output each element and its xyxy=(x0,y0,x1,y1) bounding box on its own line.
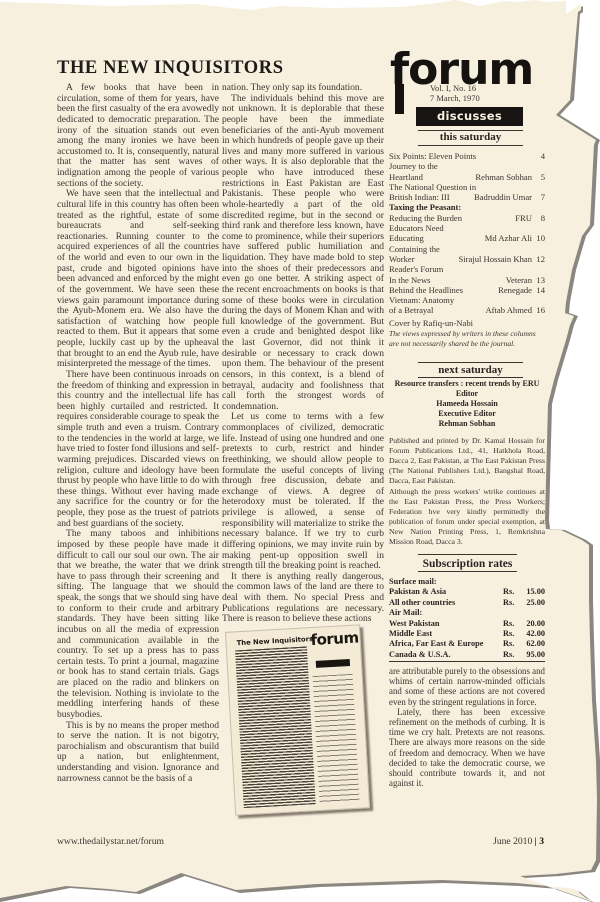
toc-item: British Indian: IIIBadruddin Umar7 xyxy=(389,192,545,202)
rate-currency: Rs. xyxy=(503,587,514,597)
toc-item-page: 7 xyxy=(536,192,545,202)
toc-item-author: Renegade xyxy=(498,285,532,295)
toc-item: WorkerSirajul Hossain Khan12 xyxy=(389,254,545,264)
toc-item: Taxing the Peasant: xyxy=(389,202,545,212)
toc-item-author: Badruddin Umar xyxy=(474,192,532,202)
thumbnail-logo: forum xyxy=(310,628,359,649)
thumbnail-sidebar-lines xyxy=(313,674,360,804)
disclaimer: The views expressed by writers in these … xyxy=(389,329,545,348)
rate-amount: 25.00 xyxy=(526,598,545,608)
paragraph: Lately, there has been excessive refinem… xyxy=(389,707,545,789)
toc-item-title: Containing the xyxy=(389,244,440,254)
divider xyxy=(418,145,523,146)
toc-item-meta: Sirajul Hossain Khan12 xyxy=(458,254,545,264)
toc-item-page xyxy=(536,223,545,233)
rate-price: Rs.20.00 xyxy=(503,619,545,629)
footer-separator: | xyxy=(535,836,537,847)
subscription-section-heading: Surface mail: xyxy=(389,577,545,587)
thumbnail-title: The New Inquisitors xyxy=(236,635,313,647)
next-topic: Resource transfers : recent trends by ER… xyxy=(389,379,545,389)
toc-item-meta xyxy=(532,295,545,305)
toc-item-meta: Badruddin Umar7 xyxy=(474,192,545,202)
rate-region: Pakistan & Asia xyxy=(389,587,446,597)
toc-item-meta xyxy=(532,318,545,328)
toc-item-author: Rehman Sobhan xyxy=(475,172,532,182)
toc-item: Educators Need xyxy=(389,223,545,233)
paragraph: There have been continuous inroads on th… xyxy=(57,370,219,529)
toc-item-page xyxy=(536,202,545,212)
toc-item: EducatingMd Azhar Ali10 xyxy=(389,233,545,243)
toc-item-title: The National Question in xyxy=(389,182,476,192)
paragraph: Let us come to terms with a few commonpl… xyxy=(222,412,384,571)
toc-item-meta xyxy=(532,223,545,233)
table-of-contents: Six Points: Eleven Points4Journey to the… xyxy=(389,151,545,328)
original-page-thumbnail: The New Inquisitors forum xyxy=(225,624,370,815)
toc-item: Cover by Rafiq-un-Nabi xyxy=(389,318,545,328)
rate-amount: 15.00 xyxy=(526,587,545,597)
discusses-banner: discusses xyxy=(416,107,523,126)
toc-item-page: 12 xyxy=(536,254,545,264)
toc-item: Vietnam: Anatomy xyxy=(389,295,545,305)
footer-issue-date: June 2010 xyxy=(493,836,532,847)
toc-item-author: FRU xyxy=(515,213,532,223)
toc-item: In the NewsVeteran13 xyxy=(389,275,545,285)
exec-editor-name: Rehman Sobhan xyxy=(389,419,545,429)
toc-item: Reader's Forum xyxy=(389,264,545,274)
toc-item-meta xyxy=(532,161,545,171)
rate-currency: Rs. xyxy=(503,598,514,608)
toc-item-title: Reducing the Burden xyxy=(389,213,462,223)
divider xyxy=(418,571,517,572)
toc-item-meta xyxy=(532,202,545,212)
paragraph: We have seen that the intellectual and c… xyxy=(57,189,219,370)
next-saturday-heading: next saturday xyxy=(418,363,523,377)
thumbnail-discusses-box xyxy=(316,659,350,668)
paragraph: A few books that have been in circulatio… xyxy=(57,83,219,189)
subscription-rate-row: Canada & U.S.A.Rs.95.00 xyxy=(389,650,545,660)
toc-item-meta xyxy=(532,182,545,192)
toc-item-page: 10 xyxy=(536,233,545,243)
rate-amount: 95.00 xyxy=(526,650,545,660)
paragraph: are attributable purely to the obsession… xyxy=(389,666,545,707)
toc-item-title: Heartland xyxy=(389,172,423,182)
subscription-section-heading: Air Mail: xyxy=(389,608,545,618)
volume-info: Vol. I, No. 16 7 March, 1970 xyxy=(430,84,480,103)
newspaper-page: THE NEW INQUISITORS A few books that hav… xyxy=(0,0,600,902)
toc-item-page xyxy=(536,182,545,192)
toc-item-page xyxy=(536,318,545,328)
subscription-rates: Surface mail:Pakistan & AsiaRs.15.00All … xyxy=(389,577,545,660)
toc-item-meta: Aftab Ahmed16 xyxy=(485,305,545,315)
rate-price: Rs.25.00 xyxy=(503,598,545,608)
toc-item-title: Reader's Forum xyxy=(389,264,443,274)
toc-item-title: Behind the Headlines xyxy=(389,285,463,295)
divider xyxy=(418,554,517,555)
toc-item-author: Sirajul Hossain Khan xyxy=(458,254,532,264)
toc-item-page: 16 xyxy=(536,305,545,315)
toc-item: HeartlandRehman Sobhan5 xyxy=(389,172,545,182)
toc-item-title: Worker xyxy=(389,254,415,264)
toc-item-page: 5 xyxy=(536,172,545,182)
rate-price: Rs.95.00 xyxy=(503,650,545,660)
toc-item: Journey to the xyxy=(389,161,545,171)
toc-item: Containing the xyxy=(389,244,545,254)
subscription-title: Subscription rates xyxy=(418,557,517,571)
toc-item-page xyxy=(536,244,545,254)
rate-amount: 20.00 xyxy=(526,619,545,629)
article-title: THE NEW INQUISITORS xyxy=(57,58,284,79)
page-number: 3 xyxy=(539,836,544,847)
toc-item-meta: Rehman Sobhan5 xyxy=(475,172,545,182)
paragraph: This is by no means the proper method to… xyxy=(57,721,219,785)
rate-region: All other countries xyxy=(389,598,455,608)
this-saturday-heading: this saturday xyxy=(418,130,523,144)
article-column-2: nation. They only sap its foundation. Th… xyxy=(222,83,384,625)
rate-price: Rs.62.00 xyxy=(503,639,545,649)
toc-item-author: Md Azhar Ali xyxy=(485,233,532,243)
subscription-rate-row: Pakistan & AsiaRs.15.00 xyxy=(389,587,545,597)
subscription-rate-row: Africa, Far East & EuropeRs.62.00 xyxy=(389,639,545,649)
toc-item-meta xyxy=(532,264,545,274)
toc-item-title: Journey to the xyxy=(389,161,438,171)
toc-item-title: Educating xyxy=(389,233,424,243)
article-column-3: are attributable purely to the obsession… xyxy=(389,666,545,788)
divider xyxy=(418,377,523,378)
toc-item-meta xyxy=(532,244,545,254)
footer-date: June 2010 | 3 xyxy=(480,836,544,847)
rate-currency: Rs. xyxy=(503,639,514,649)
article-column-1: A few books that have been in circulatio… xyxy=(57,83,219,784)
paragraph: It there is anything really dangerous, t… xyxy=(222,572,384,625)
toc-item-title: Cover by Rafiq-un-Nabi xyxy=(389,318,473,328)
footer-url-link[interactable]: www.thedailystar.net/forum xyxy=(57,836,164,847)
subscription-rate-row: Middle EastRs.42.00 xyxy=(389,629,545,639)
paragraph: The many taboos and inhibitions imposed … xyxy=(57,529,219,720)
editor-name: Hameeda Hossain xyxy=(389,399,545,409)
toc-item: Six Points: Eleven Points4 xyxy=(389,151,545,161)
toc-item-page: 13 xyxy=(536,275,545,285)
divider xyxy=(389,661,545,662)
toc-item-author: Aftab Ahmed xyxy=(485,305,532,315)
toc-item-meta: Md Azhar Ali10 xyxy=(485,233,545,243)
toc-item: The National Question in xyxy=(389,182,545,192)
toc-item-page: 4 xyxy=(536,151,545,161)
toc-item-meta: Renegade14 xyxy=(498,285,545,295)
toc-item-title: Vietnam: Anatomy xyxy=(389,295,454,305)
toc-item-meta: Veteran13 xyxy=(506,275,545,285)
toc-item-page xyxy=(536,295,545,305)
issue-date: 7 March, 1970 xyxy=(430,94,480,104)
toc-item-author: Veteran xyxy=(506,275,532,285)
toc-item-page xyxy=(536,264,545,274)
forum-logo-stem xyxy=(395,84,404,114)
toc-item: Reducing the BurdenFRU8 xyxy=(389,213,545,223)
paragraph: The individuals behind this move are not… xyxy=(222,94,384,413)
next-saturday-info: Resource transfers : recent trends by ER… xyxy=(389,379,545,429)
rate-amount: 62.00 xyxy=(526,639,545,649)
editor-label: Editor xyxy=(389,389,545,399)
rate-price: Rs.15.00 xyxy=(503,587,545,597)
subscription-rate-row: West PakistanRs.20.00 xyxy=(389,619,545,629)
toc-item-title: of a Betrayal xyxy=(389,305,433,315)
toc-item-page xyxy=(536,161,545,171)
exec-editor-label: Executive Editor xyxy=(389,409,545,419)
rate-region: West Pakistan xyxy=(389,619,439,629)
toc-item-title: In the News xyxy=(389,275,431,285)
toc-item: of a BetrayalAftab Ahmed16 xyxy=(389,305,545,315)
toc-item-meta: FRU8 xyxy=(515,213,545,223)
subscription-rate-row: All other countriesRs.25.00 xyxy=(389,598,545,608)
rate-currency: Rs. xyxy=(503,629,514,639)
toc-item-page: 14 xyxy=(536,285,545,295)
toc-item-title: British Indian: III xyxy=(389,192,450,202)
publisher-note: Published and printed by Dr. Kamal Hossa… xyxy=(389,436,545,486)
toc-item-title: Taxing the Peasant: xyxy=(389,202,461,212)
rate-currency: Rs. xyxy=(503,650,514,660)
rate-price: Rs.42.00 xyxy=(503,629,545,639)
press-strike-note: Although the press workers' wtrike conti… xyxy=(389,487,545,548)
rate-region: Africa, Far East & Europe xyxy=(389,639,483,649)
toc-item-meta: 4 xyxy=(532,151,545,161)
rate-region: Middle East xyxy=(389,629,432,639)
rate-currency: Rs. xyxy=(503,619,514,629)
thumbnail-text-lines xyxy=(235,646,316,808)
toc-item-page: 8 xyxy=(536,213,545,223)
toc-item-title: Educators Need xyxy=(389,223,444,233)
rate-amount: 42.00 xyxy=(526,629,545,639)
rate-region: Canada & U.S.A. xyxy=(389,650,451,660)
toc-item-title: Six Points: Eleven Points xyxy=(389,151,476,161)
toc-item: Behind the HeadlinesRenegade14 xyxy=(389,285,545,295)
